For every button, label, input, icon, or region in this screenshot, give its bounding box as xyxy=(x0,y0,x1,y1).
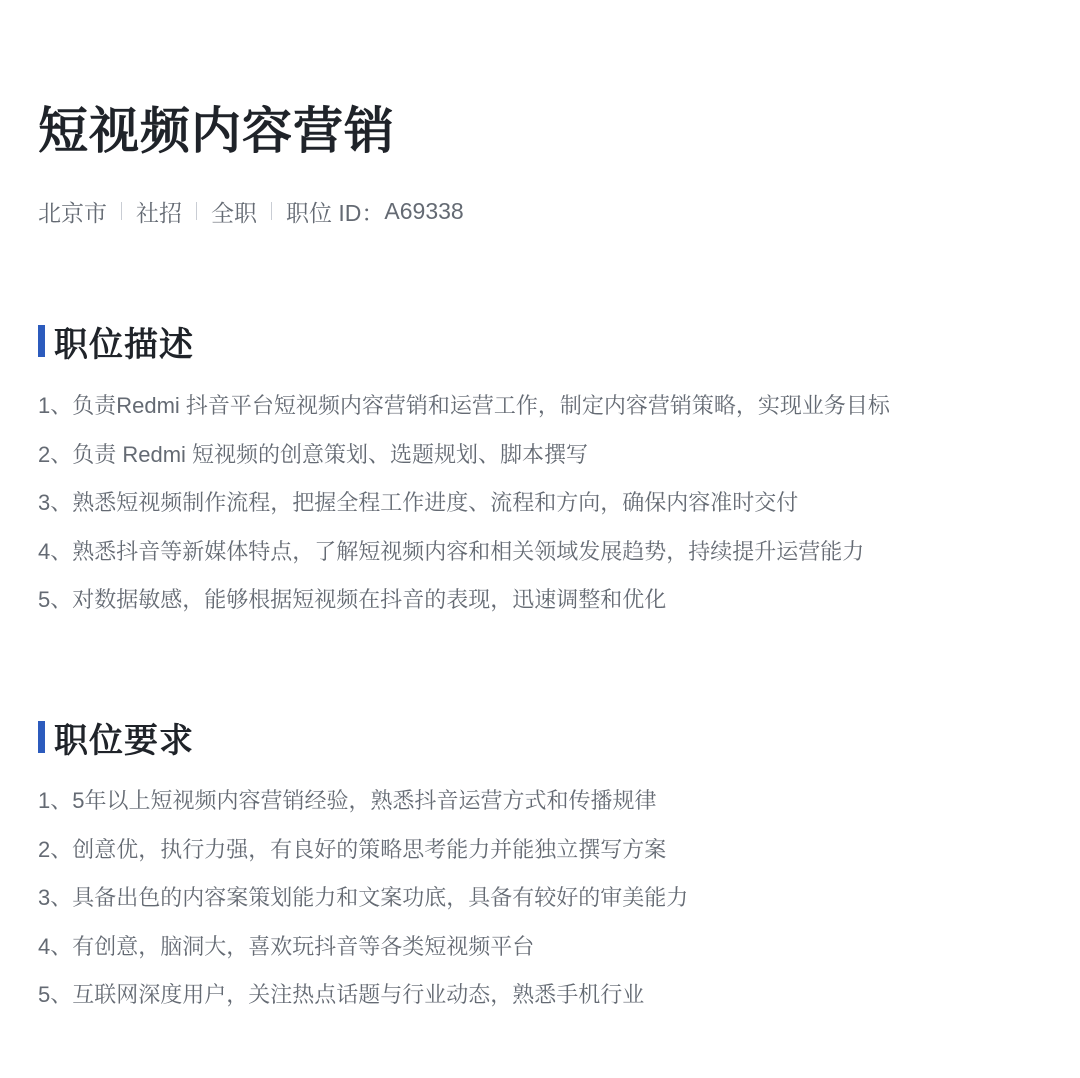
job-employment-type: 全职 xyxy=(211,195,257,228)
job-location: 北京市 xyxy=(38,195,107,228)
list-item: 5、互联网深度用户，关注热点话题与行业动态，熟悉手机行业 xyxy=(38,971,688,1020)
list-item: 2、负责 Redmi 短视频的创意策划、选题规划、脚本撰写 xyxy=(38,431,890,480)
list-item: 4、有创意，脑洞大，喜欢玩抖音等各类短视频平台 xyxy=(38,923,688,972)
section-heading-requirements: 职位要求 xyxy=(38,715,194,759)
list-item: 1、5年以上短视频内容营销经验，熟悉抖音运营方式和传播规律 xyxy=(38,777,688,826)
list-item: 4、熟悉抖音等新媒体特点，了解短视频内容和相关领域发展趋势，持续提升运营能力 xyxy=(38,528,890,577)
requirements-list: 1、5年以上短视频内容营销经验，熟悉抖音运营方式和传播规律 2、创意优，执行力强… xyxy=(38,777,688,1020)
job-meta: 北京市 社招 全职 职位 ID： A69338 xyxy=(38,196,464,226)
section-heading-description: 职位描述 xyxy=(38,319,194,363)
job-recruit-type: 社招 xyxy=(136,195,182,228)
list-item: 2、创意优，执行力强，有良好的策略思考能力并能独立撰写方案 xyxy=(38,826,688,875)
list-item: 3、熟悉短视频制作流程，把握全程工作进度、流程和方向，确保内容准时交付 xyxy=(38,479,890,528)
meta-divider xyxy=(271,202,272,220)
job-id-value: A69338 xyxy=(384,198,463,225)
meta-divider xyxy=(196,202,197,220)
description-list: 1、负责Redmi 抖音平台短视频内容营销和运营工作，制定内容营销策略，实现业务… xyxy=(38,382,890,625)
section-title: 职位描述 xyxy=(54,317,194,366)
heading-accent-bar xyxy=(38,721,45,753)
job-id-label: 职位 ID： xyxy=(286,195,384,228)
section-title: 职位要求 xyxy=(54,713,194,762)
list-item: 1、负责Redmi 抖音平台短视频内容营销和运营工作，制定内容营销策略，实现业务… xyxy=(38,382,890,431)
job-title: 短视频内容营销 xyxy=(38,98,395,164)
meta-divider xyxy=(121,202,122,220)
list-item: 5、对数据敏感，能够根据短视频在抖音的表现，迅速调整和优化 xyxy=(38,576,890,625)
heading-accent-bar xyxy=(38,325,45,357)
list-item: 3、具备出色的内容案策划能力和文案功底，具备有较好的审美能力 xyxy=(38,874,688,923)
